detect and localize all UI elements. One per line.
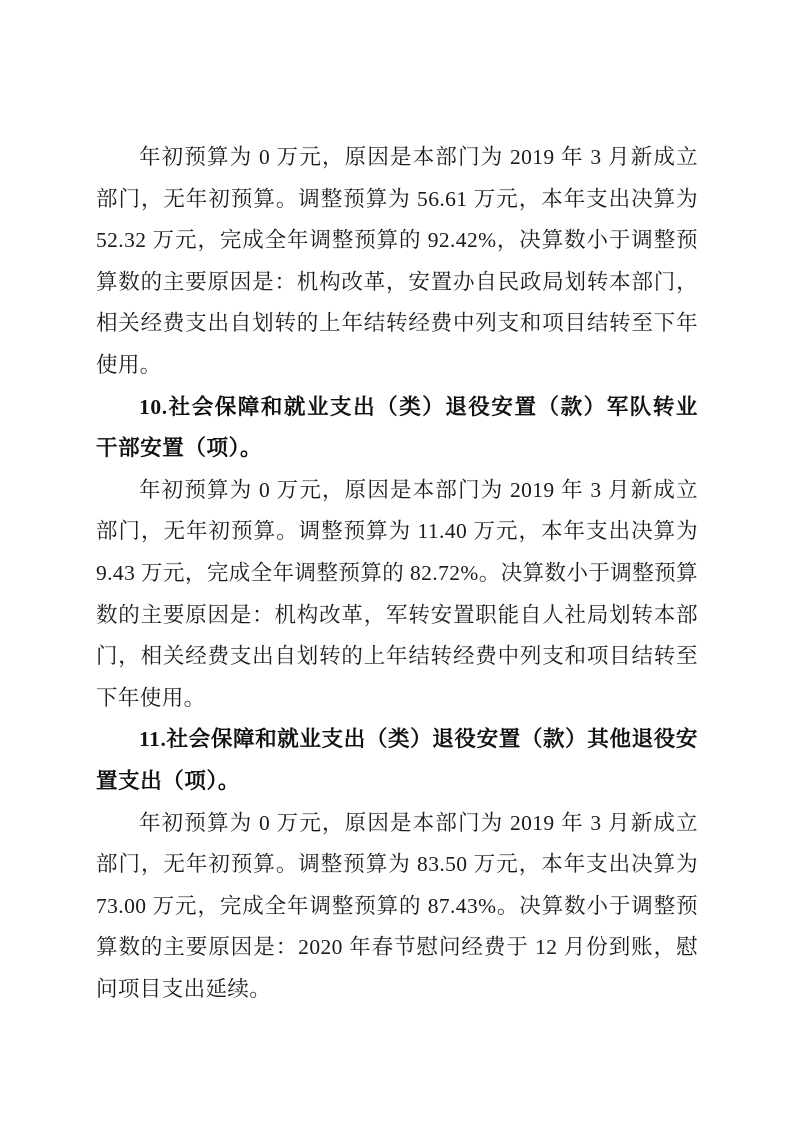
- paragraph-budget-note-1: 年初预算为 0 万元，原因是本部门为 2019 年 3 月新成立部门，无年初预算…: [96, 137, 698, 387]
- document-body: 年初预算为 0 万元，原因是本部门为 2019 年 3 月新成立部门，无年初预算…: [96, 137, 698, 1010]
- document-page: 年初预算为 0 万元，原因是本部门为 2019 年 3 月新成立部门，无年初预算…: [0, 0, 793, 1122]
- paragraph-budget-note-2: 年初预算为 0 万元，原因是本部门为 2019 年 3 月新成立部门，无年初预算…: [96, 470, 698, 720]
- section-heading-10: 10.社会保障和就业支出（类）退役安置（款）军队转业干部安置（项）。: [96, 387, 698, 470]
- section-heading-11: 11.社会保障和就业支出（类）退役安置（款）其他退役安置支出（项）。: [96, 719, 698, 802]
- paragraph-budget-note-3: 年初预算为 0 万元，原因是本部门为 2019 年 3 月新成立部门，无年初预算…: [96, 803, 698, 1011]
